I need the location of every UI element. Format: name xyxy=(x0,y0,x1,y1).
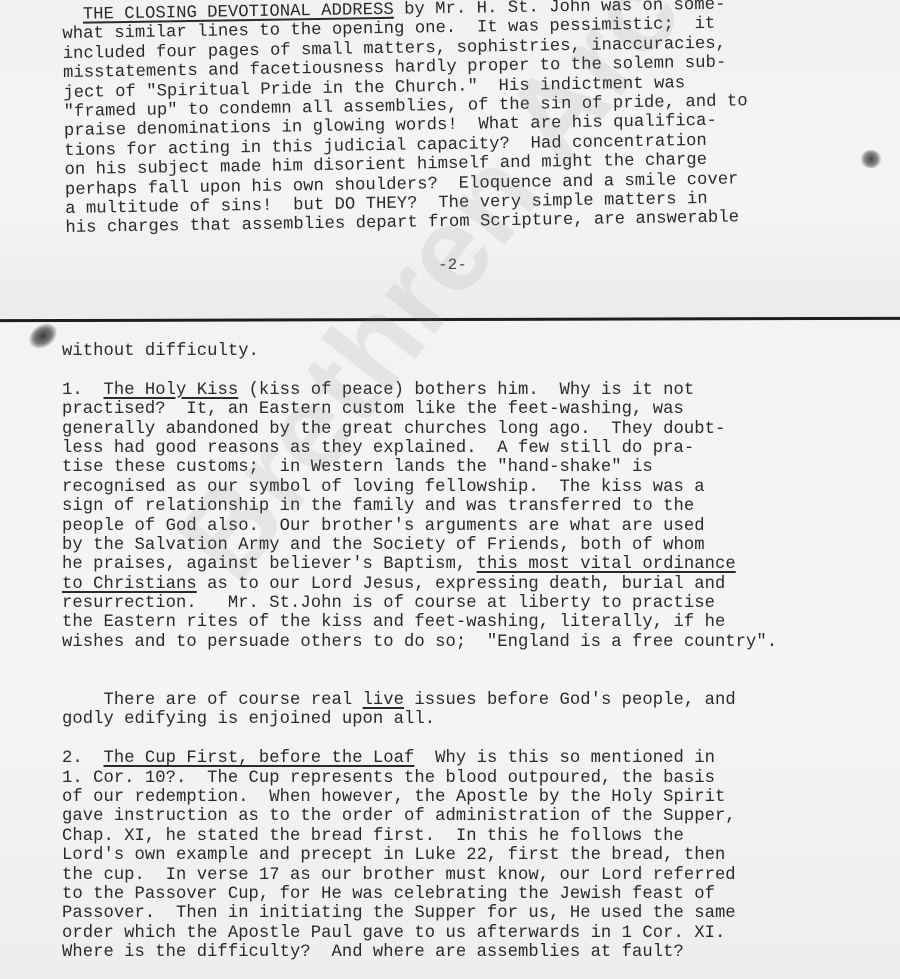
line-text xyxy=(62,6,83,25)
text-line: less had good reasons as they explained.… xyxy=(62,439,777,458)
line-text: issues before God's people, and xyxy=(404,691,736,710)
text-line: practised? It, an Eastern custom like th… xyxy=(62,400,777,419)
line-text: of our redemption. When however, the Apo… xyxy=(62,788,725,807)
underlined-heading: The Cup First, before the Loaf xyxy=(103,749,414,768)
text-line: Lord's own example and precept in Luke 2… xyxy=(62,846,777,865)
line-text: the Eastern rites of the kiss and feet-w… xyxy=(62,613,725,632)
text-line: recognised as our symbol of loving fello… xyxy=(62,478,777,497)
text-line: he praises, against believer's Baptism, … xyxy=(62,555,777,574)
line-text: Chap. XI, he stated the bread first. In … xyxy=(62,827,684,846)
line-text: There are of course real xyxy=(62,691,363,710)
underlined-heading: The Holy Kiss xyxy=(103,381,238,400)
line-text: gave instruction as to the order of admi… xyxy=(62,807,736,826)
line-text: people of God also. Our brother's argume… xyxy=(62,517,705,536)
underlined-heading: to Christians xyxy=(62,575,197,594)
text-line: by the Salvation Army and the Society of… xyxy=(62,536,777,555)
line-text: 1. xyxy=(62,381,103,400)
line-text: practised? It, an Eastern custom like th… xyxy=(62,400,684,419)
text-line: the Eastern rites of the kiss and feet-w… xyxy=(62,613,777,632)
text-line: the cup. In verse 17 as our brother must… xyxy=(62,866,777,885)
underlined-heading: live xyxy=(363,691,404,710)
line-text: Where is the difficulty? And where are a… xyxy=(62,943,684,962)
text-line xyxy=(62,672,777,691)
text-line: of our redemption. When however, the Apo… xyxy=(62,788,777,807)
text-line: 1. The Holy Kiss (kiss of peace) bothers… xyxy=(62,381,777,400)
line-text: less had good reasons as they explained.… xyxy=(62,439,694,458)
text-line: 1. Cor. 10?. The Cup represents the bloo… xyxy=(62,769,777,788)
line-text: to the Passover Cup, for He was celebrat… xyxy=(62,885,715,904)
ink-smudge-mark xyxy=(860,150,882,168)
text-line: to Christians as to our Lord Jesus, expr… xyxy=(62,575,777,594)
line-text: 1. Cor. 10?. The Cup represents the bloo… xyxy=(62,769,715,788)
text-line: Chap. XI, he stated the bread first. In … xyxy=(62,827,777,846)
text-line: Where is the difficulty? And where are a… xyxy=(62,943,777,962)
line-text: sign of relationship in the family and w… xyxy=(62,497,694,516)
line-text: as to our Lord Jesus, expressing death, … xyxy=(197,575,726,594)
text-line: There are of course real live issues bef… xyxy=(62,691,777,710)
line-text: without difficulty. xyxy=(62,342,259,361)
line-text: Lord's own example and precept in Luke 2… xyxy=(62,846,725,865)
line-text: godly edifying is enjoined upon all. xyxy=(62,710,435,729)
text-line: generally abandoned by the great churche… xyxy=(62,420,777,439)
text-line xyxy=(62,730,777,749)
text-line: resurrection. Mr. St.John is of course a… xyxy=(62,594,777,613)
text-line: wishes and to persuade others to do so; … xyxy=(62,633,777,652)
line-text: Why is this so mentioned in xyxy=(414,749,715,768)
text-line: sign of relationship in the family and w… xyxy=(62,497,777,516)
line-text: wishes and to persuade others to do so; … xyxy=(62,633,777,652)
line-text: the cup. In verse 17 as our brother must… xyxy=(62,866,736,885)
top-page-body-text: THE CLOSING DEVOTIONAL ADDRESS by Mr. H.… xyxy=(62,0,750,239)
text-line: Passover. Then in initiating the Supper … xyxy=(62,904,777,923)
line-text: he praises, against believer's Baptism, xyxy=(62,555,477,574)
line-text: 2. xyxy=(62,749,103,768)
text-line xyxy=(62,361,777,380)
text-line: gave instruction as to the order of admi… xyxy=(62,807,777,826)
underlined-heading: this most vital ordinance xyxy=(477,555,736,574)
bottom-page-body-text: without difficulty.1. The Holy Kiss (kis… xyxy=(62,342,777,963)
line-text: Passover. Then in initiating the Supper … xyxy=(62,904,736,923)
text-line: to the Passover Cup, for He was celebrat… xyxy=(62,885,777,904)
line-text: (kiss of peace) bothers him. Why is it n… xyxy=(238,381,694,400)
line-text: tise these customs; in Western lands the… xyxy=(62,458,653,477)
line-text: recognised as our symbol of loving fello… xyxy=(62,478,705,497)
text-line: godly edifying is enjoined upon all. xyxy=(62,710,777,729)
text-line: without difficulty. xyxy=(62,342,777,361)
line-text: by the Salvation Army and the Society of… xyxy=(62,536,705,555)
line-text: generally abandoned by the great churche… xyxy=(62,420,725,439)
text-line xyxy=(62,652,777,671)
text-line: tise these customs; in Western lands the… xyxy=(62,458,777,477)
line-text: resurrection. Mr. St.John is of course a… xyxy=(62,594,715,613)
line-text: order which the Apostle Paul gave to us … xyxy=(62,924,725,943)
text-line: order which the Apostle Paul gave to us … xyxy=(62,924,777,943)
page-number: -2- xyxy=(438,256,467,274)
text-line: people of God also. Our brother's argume… xyxy=(62,517,777,536)
text-line: 2. The Cup First, before the Loaf Why is… xyxy=(62,749,777,768)
